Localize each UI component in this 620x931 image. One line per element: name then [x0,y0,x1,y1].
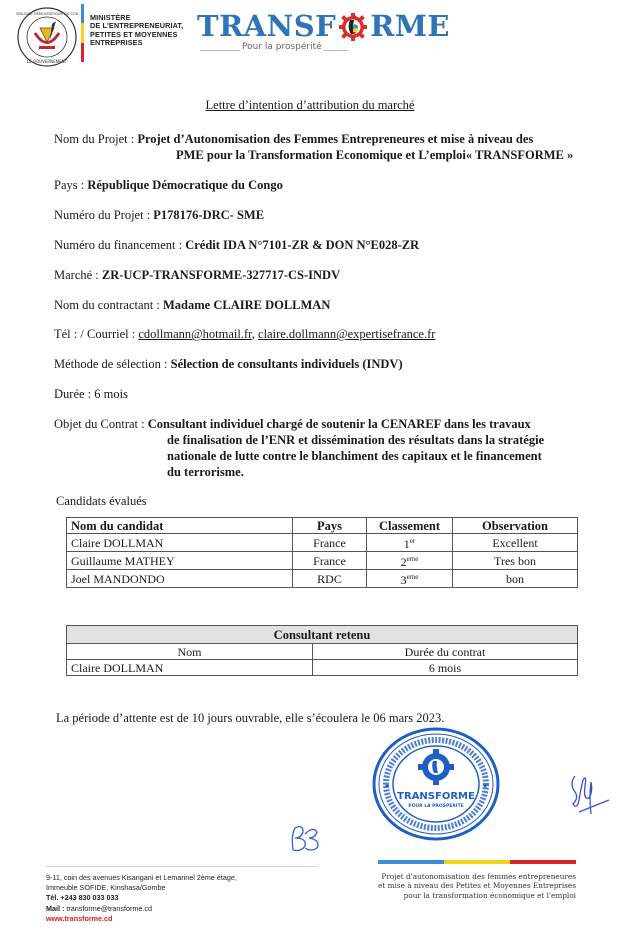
contract-object-line1: Consultant individuel chargé de soutenir… [148,417,531,431]
initials-signature [283,820,333,860]
contractor-value: Madame CLAIRE DOLLMAN [163,298,330,312]
contract-object-label: Objet du Contrat : [54,417,148,431]
col-header-name: Nom [67,644,313,660]
candidate-rank: 1er [367,534,453,552]
candidate-name: Claire DOLLMAN [67,534,293,552]
svg-text:RÉPUBLIQUE DÉMOCRATIQUE DU CON: RÉPUBLIQUE DÉMOCRATIQUE DU CONGO [16,11,78,16]
document-title: Lettre d’intention d’attribution du marc… [0,98,620,113]
footer-phone: Tél. +243 830 033 033 [46,893,237,903]
email-link-hotmail[interactable]: cdollmann@hotmail.fr [138,327,251,341]
candidates-table: Nom du candidat Pays Classement Observat… [66,517,578,588]
project-name-label: Nom du Projet : [54,132,137,146]
project-name-value-line2: PME pour la Transformation Economique et… [176,148,573,163]
svg-text:★: ★ [384,782,390,790]
logo-text-right: RME [370,11,450,41]
col-header-rank: Classement [367,518,453,534]
candidate-observation: bon [453,570,578,588]
footer-website[interactable]: www.transforme.cd [46,914,237,924]
table-header-row: Nom du candidat Pays Classement Observat… [67,518,578,534]
candidate-country: France [293,534,367,552]
candidate-observation: Tres bon [453,552,578,570]
footer-address: 9-11, coin des avenues Kisangani et Lema… [46,873,237,924]
retained-title-row: Consultant retenu [67,626,578,644]
contact-label: Tél : / Courriel : [54,327,138,341]
market-label: Marché : [54,268,102,282]
project-name-value-line1: Projet d’Autonomisation des Femmes Entre… [137,132,533,146]
candidate-rank: 2eme [367,552,453,570]
table-row: Guillaume MATHEY France 2eme Tres bon [67,552,578,570]
selection-method-label: Méthode de sélection : [54,357,171,371]
svg-text:POUR LA PROSPERITE: POUR LA PROSPERITE [408,803,463,809]
address-line2: Immeuble SOFIDE, Kinshasa/Gombe [46,883,237,893]
logo-tagline: Pour la prospérité [240,42,324,52]
table-row: Joel MANDONDO RDC 3eme bon [67,570,578,588]
candidate-rank: 3eme [367,570,453,588]
market-value: ZR-UCP-TRANSFORME-327717-CS-INDV [102,268,340,282]
project-number-value: P178176-DRC- SME [153,208,264,222]
selection-method-value: Sélection de consultants individuels (IN… [171,357,403,371]
footer-flag-bar [378,860,576,864]
svg-text:★: ★ [482,782,488,790]
contractor-row: Nom du contractant : Madame CLAIRE DOLLM… [54,298,330,313]
address-line1: 9-11, coin des avenues Kisangani et Lema… [46,873,237,883]
footer-mail[interactable]: transforme@transforme.cd [66,904,152,913]
financing-label: Numéro du financement : [54,238,185,252]
contract-object-line3: nationale de lutte contre le blanchiment… [167,449,542,464]
official-stamp: TRANSFORME POUR LA PROSPERITE ★ ★ [372,727,500,841]
col-header-duration: Durée du contrat [313,644,578,660]
gear-icon [337,10,369,42]
candidate-country: RDC [293,570,367,588]
logo-text-left: TRANSF [197,11,336,41]
transforme-logo: TRANSF RME [197,10,450,42]
project-number-row: Numéro du Projet : P178176-DRC- SME [54,208,264,223]
col-header-country: Pays [293,518,367,534]
candidate-name: Guillaume MATHEY [67,552,293,570]
retained-name: Claire DOLLMAN [67,660,313,676]
contract-object-row: Objet du Contrat : Consultant individuel… [54,417,531,432]
country-value: République Démocratique du Congo [87,178,283,192]
table-row: Claire DOLLMAN 6 mois [67,660,578,676]
table-row: Claire DOLLMAN France 1er Excellent [67,534,578,552]
table-header-row: Nom Durée du contrat [67,644,578,660]
country-label: Pays : [54,178,87,192]
svg-text:LE GOUVERNEMENT: LE GOUVERNEMENT [27,59,68,64]
flag-color-bar [81,4,84,62]
handwritten-signature [565,770,611,822]
market-row: Marché : ZR-UCP-TRANSFORME-327717-CS-IND… [54,268,340,283]
footer-mail-row: Mail : transforme@transforme.cd [46,904,237,914]
waiting-period-text: La période d’attente est de 10 jours ouv… [56,711,444,726]
contract-object-line2: de finalisation de l’ENR et disséminatio… [167,433,544,448]
contract-object-line4: du terrorisme. [167,465,244,480]
candidate-observation: Excellent [453,534,578,552]
contractor-label: Nom du contractant : [54,298,163,312]
candidate-name: Joel MANDONDO [67,570,293,588]
project-name-row: Nom du Projet : Projet d’Autonomisation … [54,132,533,147]
duration-value: 6 mois [94,387,128,401]
footer-project-description: Projet d'autonomisation des femmes entre… [360,872,576,900]
retained-table-title: Consultant retenu [67,626,578,644]
ministry-name: MINISTÈRE DE L'ENTREPRENEURIAT, PETITES … [90,14,183,47]
selection-method-row: Méthode de sélection : Sélection de cons… [54,357,403,372]
financing-row: Numéro du financement : Crédit IDA N°710… [54,238,419,253]
country-row: Pays : République Démocratique du Congo [54,178,283,193]
duration-label: Durée : [54,387,94,401]
email-link-expertisefrance[interactable]: claire.dollmann@expertisefrance.fr [258,327,435,341]
financing-value: Crédit IDA N°7101-ZR & DON N°E028-ZR [185,238,419,252]
mail-label: Mail : [46,904,66,913]
col-header-name: Nom du candidat [67,518,293,534]
contact-row: Tél : / Courriel : cdollmann@hotmail.fr,… [54,327,435,342]
col-header-observation: Observation [453,518,578,534]
footer-divider [46,866,318,867]
svg-text:TRANSFORME: TRANSFORME [397,791,475,802]
retained-duration: 6 mois [313,660,578,676]
drc-government-seal: RÉPUBLIQUE DÉMOCRATIQUE DU CONGO LE GOUV… [16,6,78,68]
project-number-label: Numéro du Projet : [54,208,153,222]
candidates-heading: Candidats évalués [56,494,147,509]
retained-consultant-table: Consultant retenu Nom Durée du contrat C… [66,625,578,676]
candidate-country: France [293,552,367,570]
duration-row: Durée : 6 mois [54,387,128,402]
